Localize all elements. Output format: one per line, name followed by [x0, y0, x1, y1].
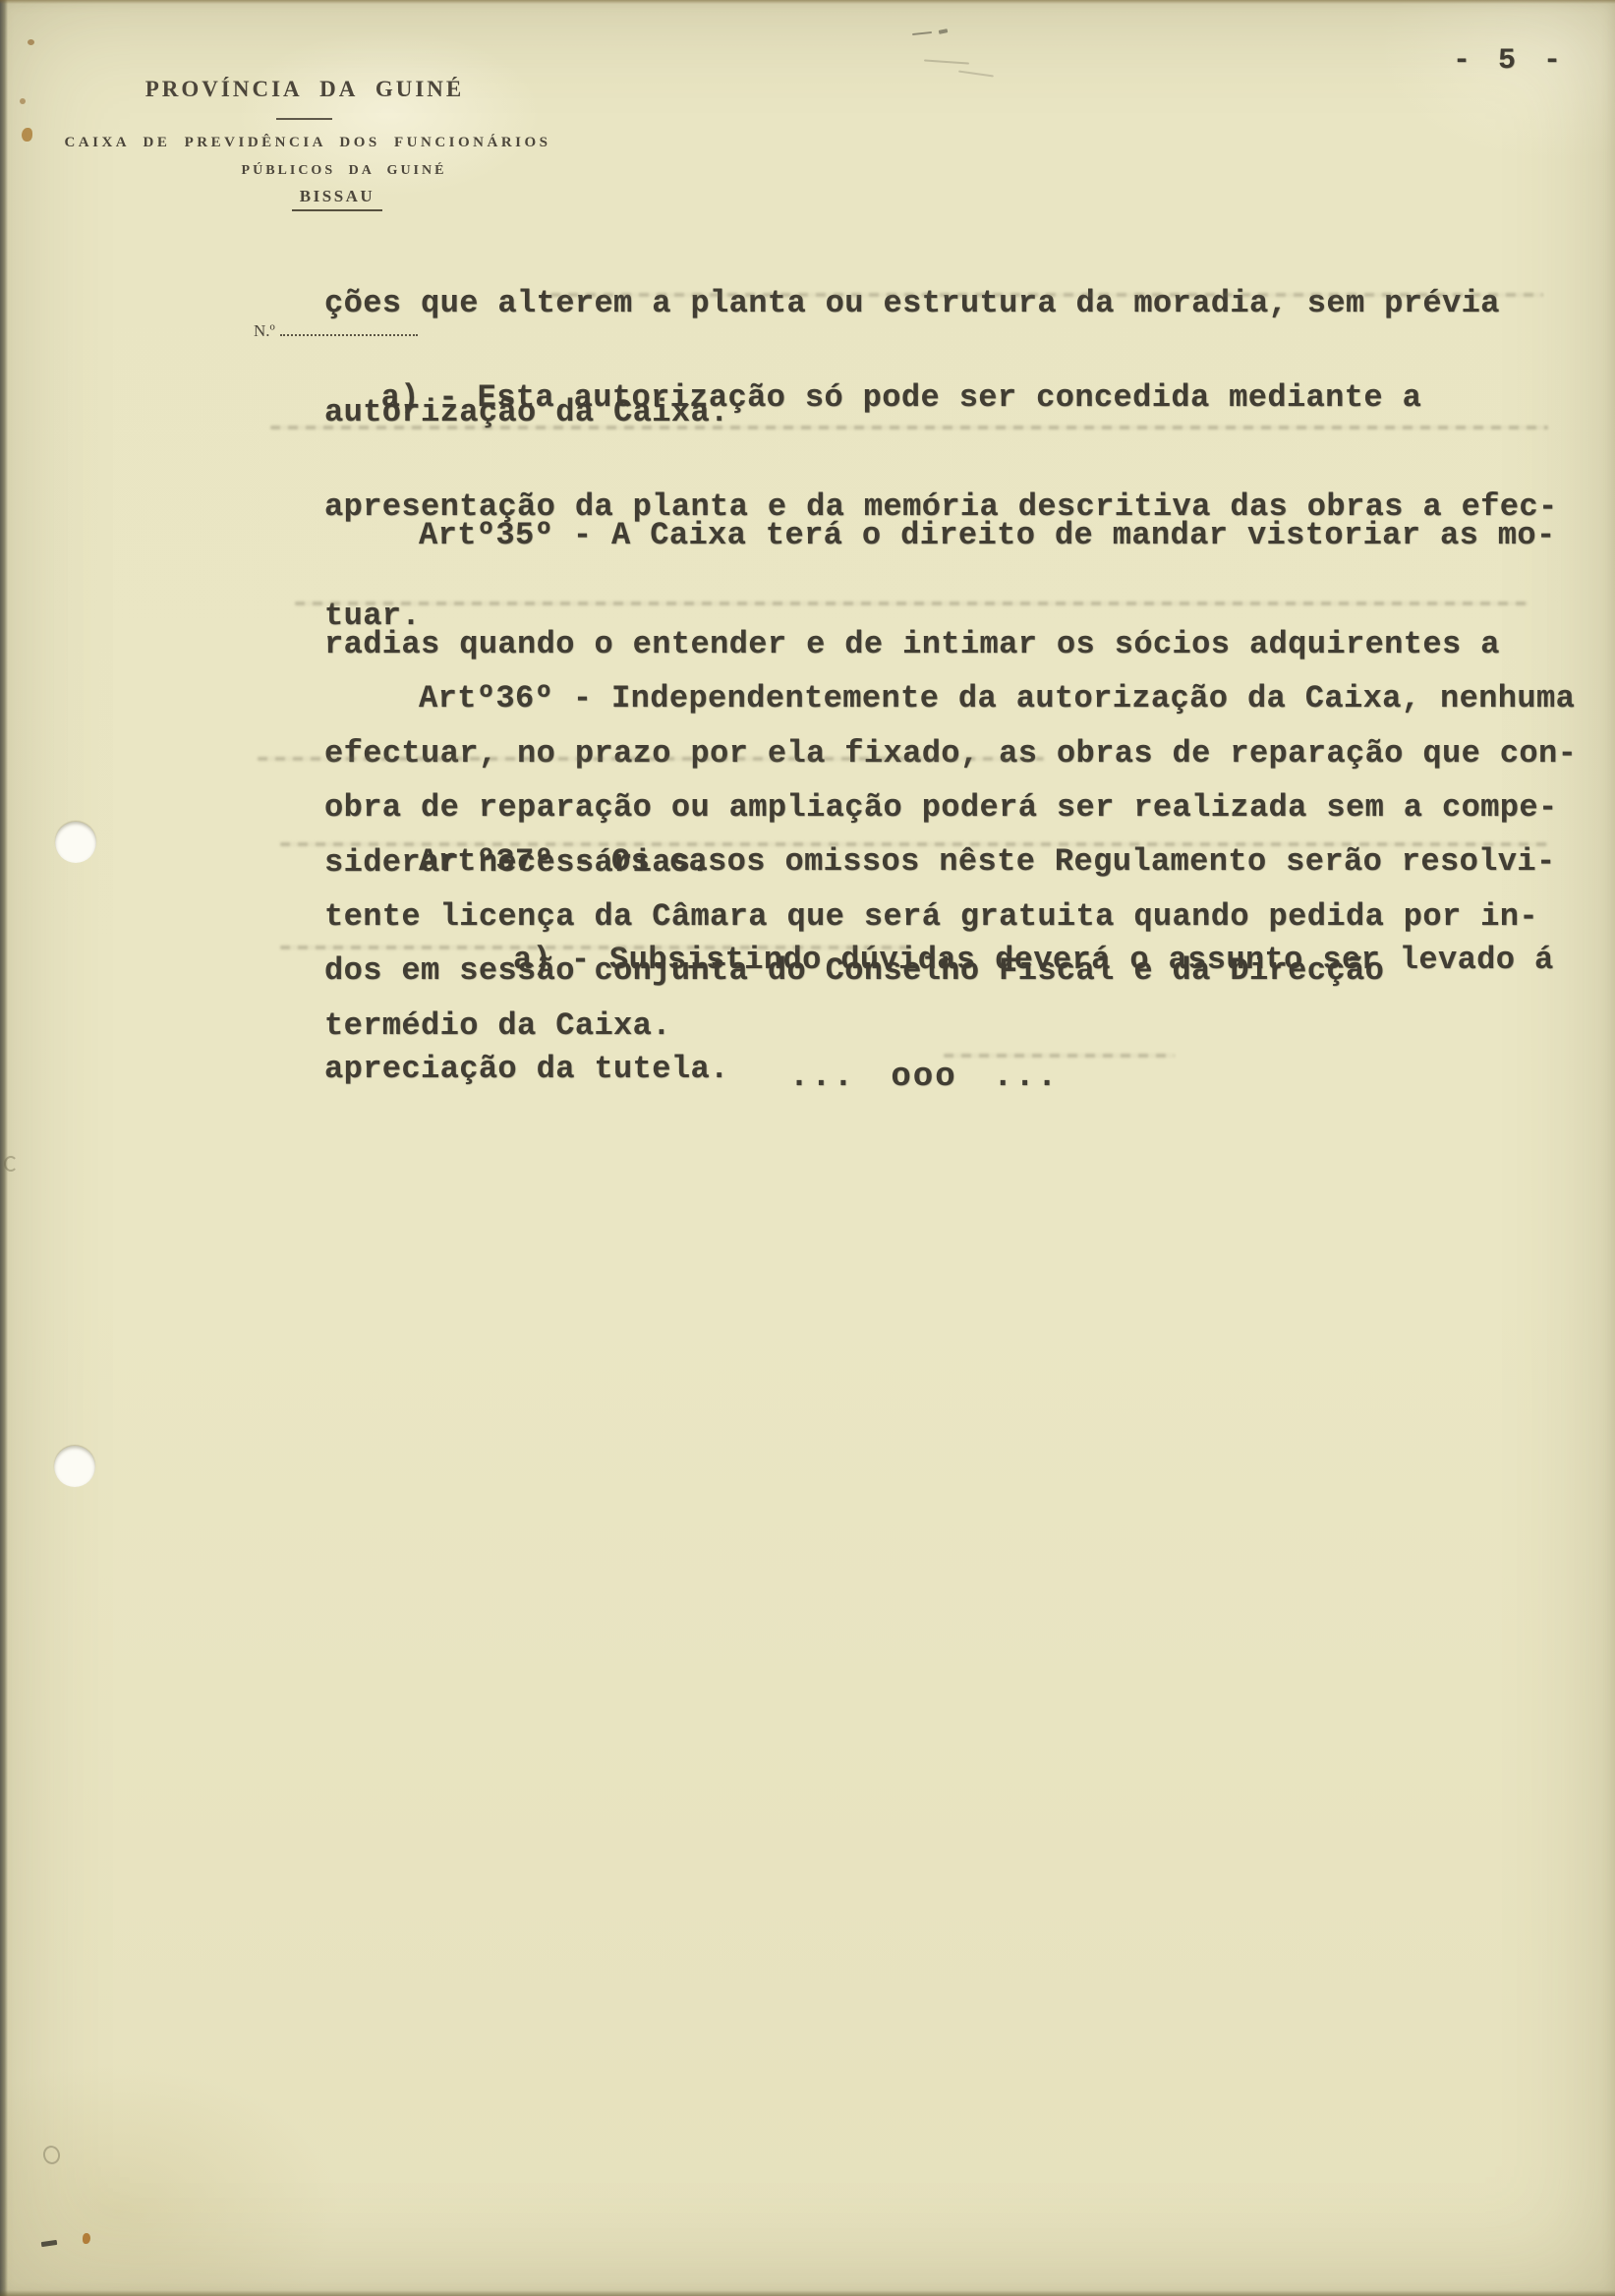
document-number-label: N.º: [254, 321, 275, 340]
scan-edge-left: [0, 0, 8, 2296]
paragraph: a) - Subsistindo dúvidas deverá o assunt…: [324, 869, 1592, 1160]
text-line: Artº35º - A Caixa terá o direito de mand…: [324, 517, 1592, 553]
hole-punch-top: [55, 822, 96, 863]
scan-smudge: [270, 426, 1548, 430]
paper-speck: [22, 128, 32, 142]
paper-speck: [20, 98, 26, 104]
scan-smudge: [280, 946, 909, 949]
scan-smudge: [280, 842, 1548, 846]
scan-smudge: [550, 293, 1543, 297]
scan-smudge: [944, 1054, 1175, 1058]
letterhead-city: BISSAU: [292, 187, 382, 211]
pencil-mark: [41, 2240, 58, 2247]
letterhead-province: PROVÍNCIA DA GUINÉ: [59, 77, 550, 102]
pencil-mark: [41, 2144, 62, 2166]
paper-speck: [83, 2233, 90, 2244]
scan-smudge: [258, 757, 1044, 761]
page-number: - 5 -: [1453, 43, 1566, 80]
scan-edge-top: [0, 0, 1615, 4]
scan-smudge: [295, 602, 1528, 605]
paper-speck: [28, 39, 34, 45]
pencil-mark: [958, 71, 994, 77]
end-of-text-mark: ... ooo ...: [757, 1060, 1091, 1096]
letterhead-org-line2: PÚBLICOS DA GUINÉ: [98, 163, 590, 179]
scanned-document-page: PROVÍNCIA DA GUINÉ CAIXA DE PREVIDÊNCIA …: [0, 0, 1615, 2296]
letterhead-org-line1: CAIXA DE PREVIDÊNCIA DOS FUNCIONÁRIOS: [59, 135, 556, 151]
hole-punch-bottom: [54, 1446, 95, 1487]
pencil-mark: [912, 31, 932, 35]
text-line: Artº36º - Independentemente da autorizaç…: [324, 680, 1592, 717]
pencil-mark: [924, 59, 969, 64]
pencil-mark: [939, 29, 949, 34]
scan-edge-bottom: [0, 2290, 1615, 2296]
pencil-mark: [4, 1156, 18, 1172]
letterhead-rule: [276, 118, 332, 120]
text-line: a) - Esta autorização só pode ser conced…: [324, 379, 1592, 416]
